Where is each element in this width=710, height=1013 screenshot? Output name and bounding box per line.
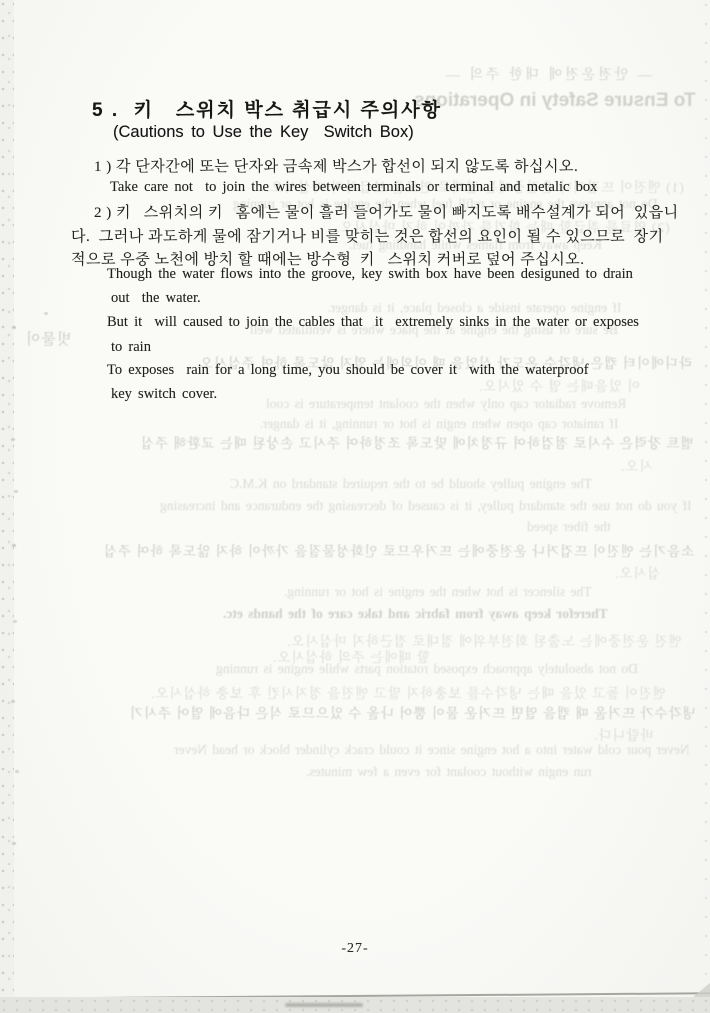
body-line-korean: 다. 그러나 과도하게 물에 잠기거나 비를 맞히는 것은 합선의 요인이 될 … bbox=[71, 225, 664, 246]
body-line-korean: 1 ) 각 단자간에 또는 단자와 금속제 박스가 합선이 되지 않도록 하십시… bbox=[94, 155, 578, 176]
bleedthrough-line: run engin without coolant for even a few… bbox=[306, 764, 592, 780]
body-line-korean: 2 ) 키 스위치의 키 홈에는 물이 흘러 들어가도 물이 빠지도록 배수설계… bbox=[94, 201, 679, 222]
bleedthrough-line: The engine pulley should be to the requi… bbox=[230, 476, 592, 492]
bleedthrough-line: The silencer is hot when the engine is h… bbox=[284, 584, 592, 600]
scanned-manual-page: — 안전운전에 대한 주의 — To Ensure Safety in Oper… bbox=[0, 0, 710, 1013]
bleedthrough-line: Never pour cold water into a hot engine … bbox=[174, 742, 690, 758]
bleedthrough-line: 빗물이 bbox=[25, 328, 71, 349]
bleedthrough-line: 소음기는 엔진이 뜨겁거나 운전중에는 뜨거우므로 인화성물질을 가까이 하지 … bbox=[103, 540, 694, 560]
body-line-english: But it will caused to join the cables th… bbox=[107, 314, 639, 331]
bleedthrough-line: 엔진이 돌고 있을 때는 냉각수를 보충하지 말고 엔진을 정지시킨 후 보충 … bbox=[150, 682, 666, 702]
bleedthrough-line: 십시오. bbox=[614, 562, 661, 582]
bleedthrough-line: 냉각수가 뜨거울 때 캡을 열면 뜨거운 물이 뿜어 나올 수 있으므로 식은 … bbox=[129, 702, 696, 722]
bleedthrough-line: To Ensure Safety in Operations bbox=[414, 90, 696, 112]
bleedthrough-line: Remove radiator cap only when the coolan… bbox=[266, 396, 626, 412]
bleedthrough-line: If raniator cap open when engin is hot o… bbox=[260, 416, 618, 432]
body-line-english: To exposes rain for a long time, you sho… bbox=[107, 362, 589, 379]
page-number: -27- bbox=[325, 941, 385, 957]
scan-speck-marks bbox=[0, 0, 4, 3]
body-line-english: to rain bbox=[111, 339, 151, 356]
body-line-english: Take care not to join the wires between … bbox=[110, 179, 597, 196]
bleedthrough-line: Do not absolutely approach exposed rotat… bbox=[216, 661, 638, 677]
bleedthrough-line: the fiber speed bbox=[527, 519, 610, 535]
page-right-edge-texture bbox=[703, 0, 710, 1013]
bleedthrough-line: 벨트 장력은 수시로 점검하여 규정치에 맞도록 조정하여 주시고 손상된 때는… bbox=[140, 432, 694, 452]
binding-edge-shadow bbox=[0, 0, 14, 1013]
body-line-english: out the water. bbox=[111, 290, 201, 307]
body-line-english: key switch cover. bbox=[111, 386, 217, 403]
bleedthrough-line: If you do not use the standard pulley, i… bbox=[160, 498, 692, 514]
bleedthrough-line: — 안전운전에 대한 주의 — bbox=[443, 64, 652, 84]
bleedthrough-line: 바랍니다. bbox=[593, 724, 654, 744]
scan-smudge-mark bbox=[285, 1003, 363, 1007]
body-line-english: Though the water flows into the groove, … bbox=[107, 266, 633, 283]
bleedthrough-line: 시오. bbox=[620, 455, 652, 475]
section-title-english: (Cautions to Use the Key Switch Box) bbox=[113, 123, 414, 142]
section-title-korean: 5 . 키 스위치 박스 취급시 주의사항 bbox=[92, 95, 442, 122]
bleedthrough-line: Therefor keep away from fabric and take … bbox=[223, 606, 608, 622]
